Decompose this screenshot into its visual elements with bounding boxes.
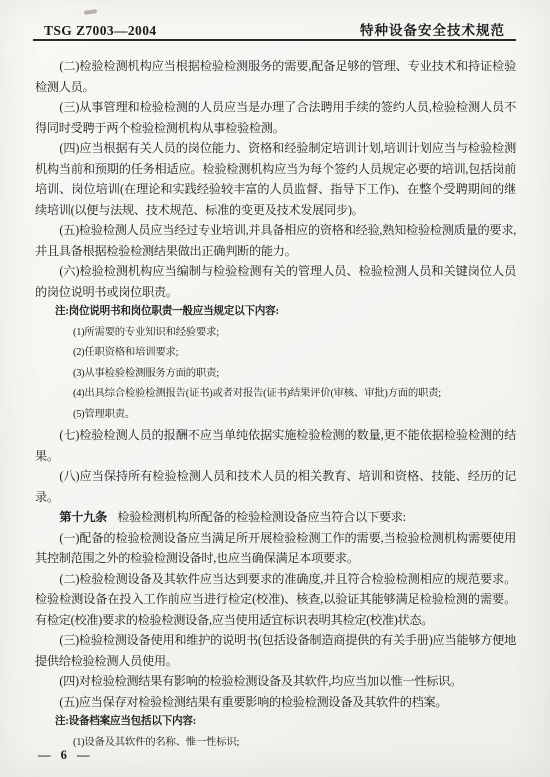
page-number: — 6 — [38, 748, 91, 762]
document-code: TSG Z7003—2004 [44, 23, 157, 39]
document-title: 特种设备安全技术规范 [360, 19, 505, 39]
note-item: (2)任职资格和培训要求; [35, 343, 516, 364]
note-item: (5)管理职责。 [35, 405, 516, 426]
paragraph: (四)应当根据有关人员的岗位能力、资格和经验制定培训计划,培训计划应当与检验检测… [35, 138, 516, 220]
document-page: TSG Z7003—2004 特种设备安全技术规范 (二)检验检测机构应当根据检… [0, 0, 550, 777]
article-text: 检验检测机构所配备的检验检测设备应当符合以下要求: [117, 510, 405, 524]
paragraph: (五)检验检测人员应当经过专业培训,并具备相应的资格和经验,熟知检验检测质量的要… [35, 220, 516, 261]
header-rule [33, 39, 516, 41]
paragraph: (三)检验检测设备使用和维护的说明书(包括设备制造商提供的有关手册)应当能够方便… [35, 630, 516, 671]
paragraph: (五)应当保存对检验检测结果有重要影响的检验检测设备及其软件的档案。 [35, 692, 516, 713]
paragraph: (四)对检验检测结果有影响的检验检测设备及其软件,均应当加以惟一性标识。 [35, 671, 516, 692]
paragraph: (二)检验检测设备及其软件应当达到要求的准确度,并且符合检验检测相应的规范要求。… [35, 569, 516, 631]
paragraph: (一)配备的检验检测设备应当满足所开展检验检测工作的需要,当检验检测机构需要使用… [35, 528, 516, 569]
scan-artifact [84, 9, 97, 15]
note-item: (3)从事检验检测服务方面的职责; [35, 364, 516, 385]
paragraph: (六)检验检测机构应当编制与检验检测有关的管理人员、检验检测人员和关键岗位人员的… [35, 261, 516, 302]
paragraph: (八)应当保持所有检验检测人员和技术人员的相关教育、培训和资格、技能、经历的记录… [35, 466, 516, 507]
article-heading: 第十九条检验检测机构所配备的检验检测设备应当符合以下要求: [35, 507, 516, 528]
article-number: 第十九条 [59, 510, 107, 524]
note-line: 注:设备档案应当包括以下内容: [35, 712, 516, 733]
note-item: (1)设备及其软件的名称、惟一性标识; [35, 733, 516, 754]
note-line: 注:岗位说明书和岗位职责一般应当规定以下内容: [35, 302, 516, 323]
document-body: (二)检验检测机构应当根据检验检测服务的需要,配备足够的管理、专业技术和持证检验… [35, 56, 516, 753]
paragraph: (三)从事管理和检验检测的人员应当是办理了合法聘用手续的签约人员,检验检测人员不… [35, 97, 516, 138]
paragraph: (二)检验检测机构应当根据检验检测服务的需要,配备足够的管理、专业技术和持证检验… [35, 56, 516, 97]
note-item: (1)所需要的专业知识和经验要求; [35, 323, 516, 344]
note-item: (4)出具综合检验检测报告(证书)或者对报告(证书)结果评价(审核、审批)方面的… [35, 384, 516, 405]
paragraph: (七)检验检测人员的报酬不应当单纯依据实施检验检测的数量,更不能依据检验检测的结… [35, 425, 516, 466]
page-header: TSG Z7003—2004 特种设备安全技术规范 [44, 19, 505, 39]
page-footer: — 6 — [38, 748, 91, 763]
